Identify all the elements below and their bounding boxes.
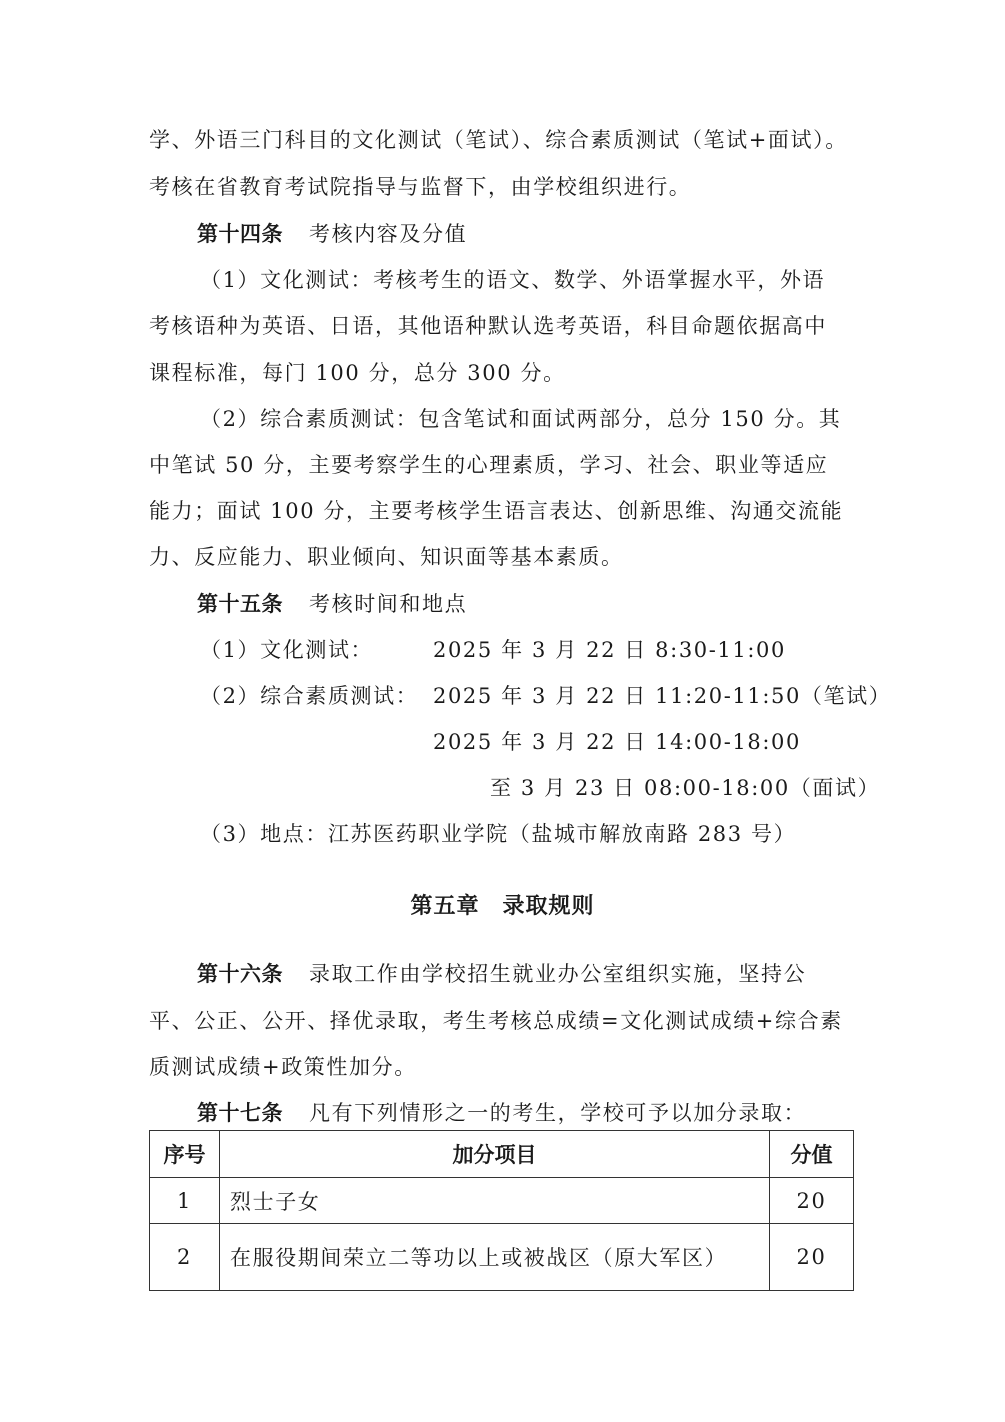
bonus-points-table: 序号 加分项目 分值 1 烈士子女 20 2 在服役期间荣立二等功以上或被战区（… (149, 1130, 854, 1291)
schedule-row: （2）综合素质测试： 2025 年 3 月 22 日 11:20-11:50（笔… (200, 682, 906, 710)
row-index: 2 (150, 1224, 220, 1291)
paragraph-line: 考核在省教育考试院指导与监督下，由学校组织进行。 (149, 173, 855, 201)
paragraph-line: 平、公正、公开、择优录取，考生考核总成绩=文化测试成绩+综合素 (149, 1007, 855, 1035)
paragraph-line: 力、反应能力、职业倾向、知识面等基本素质。 (149, 543, 855, 571)
schedule-value: 2025 年 3 月 22 日 11:20-11:50（笔试） (433, 682, 891, 710)
article-17: 第十七条凡有下列情形之一的考生，学校可予以加分录取： (197, 1099, 855, 1127)
header-index: 序号 (150, 1131, 220, 1178)
table-row: 2 在服役期间荣立二等功以上或被战区（原大军区） 20 (150, 1224, 854, 1291)
article-16: 第十六条录取工作由学校招生就业办公室组织实施，坚持公 (197, 960, 855, 988)
header-item: 加分项目 (220, 1131, 770, 1178)
article-14-heading: 第十四条考核内容及分值 (197, 220, 855, 248)
schedule-label: （2）综合素质测试： (200, 684, 418, 708)
paragraph-text: 凡有下列情形之一的考生，学校可予以加分录取： (309, 1101, 806, 1125)
article-heading: 考核时间和地点 (309, 592, 467, 616)
row-item: 烈士子女 (220, 1178, 770, 1224)
paragraph-line: 质测试成绩+政策性加分。 (149, 1053, 855, 1081)
schedule-value: 2025 年 3 月 22 日 8:30-11:00 (433, 636, 786, 664)
article-number: 第十七条 (197, 1101, 283, 1125)
paragraph-line: 课程标准，每门 100 分，总分 300 分。 (149, 359, 855, 387)
row-item: 在服役期间荣立二等功以上或被战区（原大军区） (220, 1224, 770, 1291)
paragraph-line: 学、外语三门科目的文化测试（笔试）、综合素质测试（笔试+面试）。 (149, 126, 855, 154)
article-number: 第十五条 (197, 592, 283, 616)
paragraph-line: 能力；面试 100 分，主要考核学生语言表达、创新思维、沟通交流能 (149, 497, 855, 525)
row-points: 20 (770, 1224, 854, 1291)
chapter-title: 第五章 录取规则 (0, 889, 1005, 920)
paragraph-line: 中笔试 50 分，主要考察学生的心理素质，学习、社会、职业等适应 (149, 451, 855, 479)
article-number: 第十六条 (197, 962, 283, 986)
row-index: 1 (150, 1178, 220, 1224)
header-points: 分值 (770, 1131, 854, 1178)
schedule-label: （1）文化测试： (200, 638, 373, 662)
article-15-heading: 第十五条考核时间和地点 (197, 590, 855, 618)
article-heading: 考核内容及分值 (309, 222, 467, 246)
schedule-value: 2025 年 3 月 22 日 14:00-18:00 (433, 728, 863, 756)
paragraph-line: （1）文化测试：考核考生的语文、数学、外语掌握水平，外语 (200, 266, 906, 294)
paragraph-text: 录取工作由学校招生就业办公室组织实施，坚持公 (309, 962, 806, 986)
paragraph-line: （2）综合素质测试：包含笔试和面试两部分，总分 150 分。其 (200, 405, 906, 433)
table-row: 1 烈士子女 20 (150, 1178, 854, 1224)
location-line: （3）地点：江苏医药职业学院（盐城市解放南路 283 号） (200, 820, 906, 848)
schedule-row: （1）文化测试： 2025 年 3 月 22 日 8:30-11:00 (200, 636, 906, 664)
row-points: 20 (770, 1178, 854, 1224)
paragraph-line: 考核语种为英语、日语，其他语种默认选考英语，科目命题依据高中 (149, 312, 855, 340)
schedule-value: 至 3 月 23 日 08:00-18:00（面试） (490, 774, 870, 802)
article-number: 第十四条 (197, 222, 283, 246)
table-header-row: 序号 加分项目 分值 (150, 1131, 854, 1178)
